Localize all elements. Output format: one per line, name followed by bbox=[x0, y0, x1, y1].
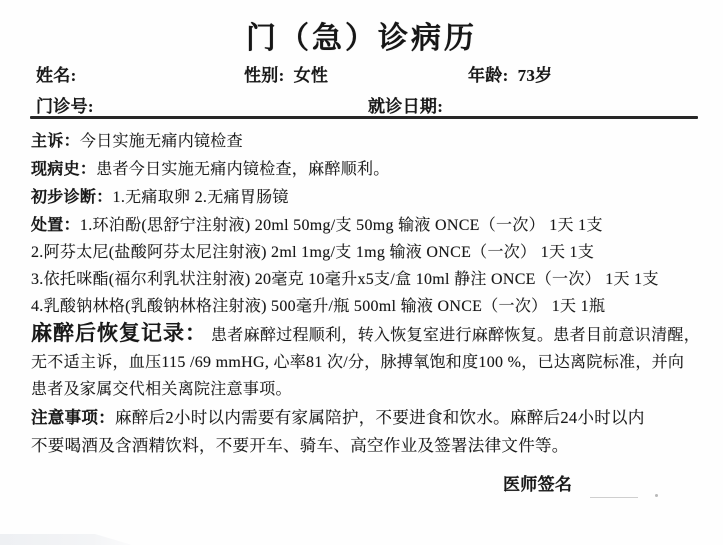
disposition-line-1: 处置：1.环泊酚(思舒宁注射液) 20ml 50mg/支 50mg 输液 ONC… bbox=[31, 212, 603, 235]
chief-complaint-text: 今日实施无痛内镜检查 bbox=[80, 133, 243, 150]
recovery-line-2: 无不适主诉，血压115 /69 mmHG, 心率81 次/分，脉搏氧饱和度100… bbox=[31, 349, 684, 372]
present-illness-text: 患者今日实施无痛内镜检查，麻醉顺利。 bbox=[96, 161, 389, 178]
disposition-label: 处置： bbox=[31, 217, 80, 234]
diagnosis-label: 初步诊断： bbox=[31, 189, 113, 206]
present-illness-line: 现病史：患者今日实施无痛内镜检查，麻醉顺利。 bbox=[31, 156, 390, 179]
age-value: 73岁 bbox=[518, 66, 553, 85]
disposition-line-4: 4.乳酸钠林格(乳酸钠林格注射液) 500毫升/瓶 500ml 输液 ONCE（… bbox=[31, 293, 605, 316]
field-outpatient-no: 门诊号: bbox=[36, 92, 103, 117]
scan-artifact-dot bbox=[655, 494, 658, 497]
chief-complaint-label: 主诉： bbox=[31, 133, 80, 150]
precautions-line-1: 注意事项：麻醉后2小时以内需要有家属陪护，不要进食和饮水。麻醉后24小时以内 bbox=[31, 404, 645, 428]
physician-signature-label: 医师签名 bbox=[503, 470, 572, 495]
gender-label: 性别: bbox=[244, 66, 285, 85]
disposition-line-2: 2.阿芬太尼(盐酸阿芬太尼注射液) 2ml 1mg/支 1mg 输液 ONCE（… bbox=[31, 239, 594, 262]
field-age: 年龄:73岁 bbox=[468, 61, 552, 86]
recovery-line-3: 患者及家属交代相关离院注意事项。 bbox=[31, 376, 292, 399]
gender-value: 女性 bbox=[294, 66, 329, 85]
medical-record-page: 门（急）诊病历 姓名: 性别:女性 年龄:73岁 门诊号: 就诊日期: 主诉：今… bbox=[0, 0, 723, 545]
recovery-text-2: 无不适主诉，血压115 /69 mmHG, 心率81 次/分，脉搏氧饱和度100… bbox=[31, 354, 684, 371]
field-name: 姓名: bbox=[36, 61, 86, 86]
present-illness-label: 现病史： bbox=[31, 161, 96, 178]
disposition-item: 2.阿芬太尼(盐酸阿芬太尼注射液) 2ml 1mg/支 1mg 输液 ONCE（… bbox=[31, 244, 594, 261]
recovery-text-1: 患者麻醉过程顺利，转入恢复室进行麻醉恢复。患者目前意识清醒， bbox=[211, 327, 700, 344]
diagnosis-text: 1.无痛取卵 2.无痛胃肠镜 bbox=[113, 189, 289, 206]
precautions-text-1: 麻醉后2小时以内需要有家属陪护，不要进食和饮水。麻醉后24小时以内 bbox=[115, 408, 645, 427]
age-label: 年龄: bbox=[468, 66, 509, 85]
outpatient-no-label: 门诊号: bbox=[36, 97, 94, 116]
field-visit-date: 就诊日期: bbox=[368, 92, 452, 117]
chief-complaint-line: 主诉：今日实施无痛内镜检查 bbox=[31, 128, 243, 151]
disposition-line-3: 3.依托咪酯(福尔利乳状注射液) 20毫克 10毫升x5支/盒 10ml 静注 … bbox=[31, 266, 659, 289]
precautions-line-2: 不要喝酒及含酒精饮料，不要开车、骑车、高空作业及签署法律文件等。 bbox=[31, 432, 569, 456]
disposition-item: 4.乳酸钠林格(乳酸钠林格注射液) 500毫升/瓶 500ml 输液 ONCE（… bbox=[31, 298, 605, 315]
visit-date-label: 就诊日期: bbox=[368, 97, 443, 116]
page-title: 门（急）诊病历 bbox=[0, 13, 723, 57]
scan-artifact-dash bbox=[590, 497, 638, 498]
recovery-text-3: 患者及家属交代相关离院注意事项。 bbox=[31, 381, 292, 398]
corner-shadow bbox=[0, 534, 132, 545]
header-divider bbox=[30, 116, 698, 119]
diagnosis-line: 初步诊断：1.无痛取卵 2.无痛胃肠镜 bbox=[31, 184, 289, 207]
disposition-item: 3.依托咪酯(福尔利乳状注射液) 20毫克 10毫升x5支/盒 10ml 静注 … bbox=[31, 271, 659, 288]
precautions-label: 注意事项： bbox=[31, 408, 115, 427]
recovery-label: 麻醉后恢复记录： bbox=[31, 321, 207, 345]
disposition-item: 1.环泊酚(思舒宁注射液) 20ml 50mg/支 50mg 输液 ONCE（一… bbox=[80, 217, 603, 234]
name-label: 姓名: bbox=[36, 66, 77, 85]
field-gender: 性别:女性 bbox=[244, 61, 328, 86]
recovery-line-1: 麻醉后恢复记录：患者麻醉过程顺利，转入恢复室进行麻醉恢复。患者目前意识清醒， bbox=[31, 317, 700, 347]
precautions-text-2: 不要喝酒及含酒精饮料，不要开车、骑车、高空作业及签署法律文件等。 bbox=[31, 436, 569, 455]
